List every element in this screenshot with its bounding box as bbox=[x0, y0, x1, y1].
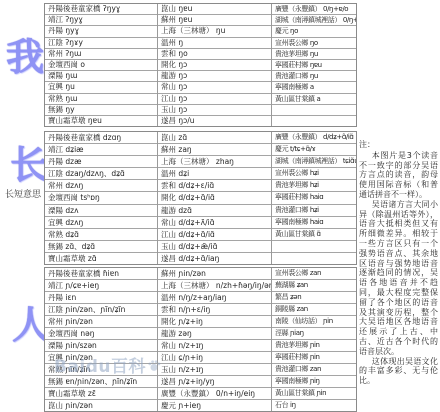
dialect-place: 貴池灌口鄉 bbox=[275, 206, 308, 214]
dialect-place: 上海（三林塘） bbox=[161, 281, 214, 290]
dialect-cell: 無錫 ŋy bbox=[45, 105, 157, 116]
dialect-place: 丹陽後巷童家橋 bbox=[48, 269, 101, 278]
dialect-cell: 銅陵縣 zan bbox=[272, 304, 356, 316]
dialect-cell: 寧國南極鄉 haiɑ bbox=[272, 217, 356, 229]
dialect-ipa: dzɑŋ bbox=[103, 133, 121, 142]
dialect-place: 玉山 bbox=[161, 242, 176, 251]
dialect-ipa: n/ŋ/z+aŋ/iaŋ bbox=[178, 293, 226, 302]
dialect-ipa: hʑi bbox=[310, 181, 319, 189]
dialect-place: 丹陽 bbox=[48, 26, 63, 35]
dialect-ipa: dzʌŋ bbox=[65, 181, 83, 190]
dialect-ipa: d/dʑ+ɑ̃/iaŋ bbox=[178, 254, 219, 263]
dialect-place: 江陰 bbox=[48, 38, 63, 47]
dialect-cell: 涇縣 ɲiaŋ bbox=[272, 328, 356, 340]
dialect-ipa: zan bbox=[310, 269, 321, 277]
dialect-cell: 靖江 dʑiæ bbox=[45, 144, 157, 156]
dialect-cell: 貴池茅坦鄉 hʑi bbox=[272, 180, 356, 192]
table-column: 宣州裘公鄉 zan蕪湖縣 ʑan繁昌 ʑən銅陵縣 zan南陵（仙坊話） ɲin… bbox=[272, 268, 356, 411]
dialect-place: 宜興 bbox=[48, 82, 63, 91]
dialect-ipa: ɲ/ʑ+iŋ/yŋ bbox=[178, 377, 214, 386]
dialect-cell: 黃山區甘棠鎮 ɲin bbox=[272, 388, 356, 400]
dialect-cell: 蕪湖縣 ʑan bbox=[272, 280, 356, 292]
dialect-cell: 宜興 ɲin/zən bbox=[45, 352, 157, 364]
dialect-place: 溧陽 bbox=[48, 71, 63, 80]
dialect-cell: 江陰 ʔŋɤy bbox=[45, 38, 157, 49]
dialect-cell: 雲和 n/ɲ+ɛ/iŋ bbox=[158, 304, 271, 316]
dialect-cell: 龍游 dzɑ̃ bbox=[158, 205, 271, 217]
dialect-cell: 寧國南極鄉 ɲiŋ bbox=[272, 376, 356, 388]
dialect-ipa: zɑ̃ bbox=[178, 133, 187, 142]
dialect-place: 宣州裘公鄉 bbox=[275, 169, 308, 177]
dialect-ipa: ŋɐu bbox=[178, 4, 192, 13]
dialect-ipa: zəŋ bbox=[178, 329, 191, 338]
dialect-cell: 寧國莊村鄉 haiɑ bbox=[272, 192, 356, 204]
dialect-place: 石台 bbox=[275, 401, 288, 409]
dialect-ipa: ɕ/ɲ+iŋ bbox=[178, 353, 203, 362]
dialect-place: 無錫 bbox=[48, 105, 63, 114]
dialect-place: 靖江 bbox=[48, 15, 63, 24]
dialect-ipa: ʑən bbox=[290, 293, 301, 301]
dialect-cell: 温州 n/ŋ/z+aŋ/iaŋ bbox=[158, 292, 271, 304]
dialect-cell: 寧國莊村鄉 ŋɐu bbox=[272, 60, 356, 71]
dialect-ipa: zhaŋ bbox=[216, 157, 234, 166]
dialect-cell: 遂昌 d/dʑ+ɑ̃/iaŋ bbox=[158, 253, 271, 264]
dialect-ipa: dʑiæ bbox=[65, 145, 83, 154]
dialect-cell: 常山 n/z+ɪŋ bbox=[158, 340, 271, 352]
dialect-cell: 常州 ʔŋɯ bbox=[45, 49, 157, 60]
dialect-place: 金壇西崗 bbox=[48, 60, 78, 69]
dialect-ipa: hʑi bbox=[310, 206, 319, 214]
dialect-ipa: d/dʑ+ɑ̃/iɑ̃ bbox=[178, 193, 214, 202]
dialect-cell: 丹陽 iɛn bbox=[45, 292, 157, 304]
dialect-cell: 貴池灌口鄉 zan bbox=[272, 364, 356, 376]
dialect-cell: 金壇西崗 nəŋ bbox=[45, 328, 157, 340]
dialect-place: 貴池茅坦鄉 bbox=[275, 181, 308, 189]
dialect-ipa: haiɑ bbox=[310, 218, 324, 226]
dialect-cell: 遂昌 ɲ/ʑ+iŋ/yŋ bbox=[158, 376, 271, 388]
dialect-place: 江山 bbox=[161, 230, 176, 239]
dialect-cell: 丹陽後巷童家橋 ʔŋyɣ bbox=[45, 4, 157, 15]
table-column: 丹陽後巷童家橋 dzɑŋ靖江 dʑiæ丹陽 dzæ江陰 dzaŋ/dzʌŋ、dʑ… bbox=[45, 132, 158, 264]
dialect-place: 上海（三林塘） bbox=[161, 157, 214, 166]
dialect-ipa: dzæ bbox=[65, 157, 81, 166]
dialect-cell: 慶元 t/tɕ+ɑ̃/ɤ bbox=[272, 144, 356, 156]
dialect-ipa: ɲin bbox=[316, 389, 326, 397]
dialect-cell: 雲和 ŋo bbox=[158, 49, 271, 60]
dialect-place: 玉山 bbox=[161, 365, 176, 374]
dialect-place: 黃山區甘棠鎮 bbox=[275, 389, 315, 397]
dialect-cell: 廣豐（永豐鎮） d/dʑ+ɑ̃/iɑ̃ bbox=[272, 132, 356, 144]
dialect-place: 遂昌 bbox=[161, 116, 176, 125]
dialect-cell: 江陰 ɲin/zən、ɲĩn/ʑĩn bbox=[45, 304, 157, 316]
dialect-cell: 貴池灌口鄉 ŋu bbox=[272, 71, 356, 82]
dialect-cell: 蘇州 ŋɐu bbox=[158, 15, 271, 26]
dialect-ipa: ɲ+ieŋ bbox=[178, 401, 201, 410]
dialect-place: 貴池灌口鄉 bbox=[275, 72, 308, 80]
dialect-ipa: ŋɔ bbox=[178, 60, 187, 69]
dialect-place: 蘇州 bbox=[161, 145, 176, 154]
dialect-ipa: dzʌŋ bbox=[65, 218, 83, 227]
dialect-cell: 寧國南極鄉 a bbox=[272, 82, 356, 93]
dialect-ipa: ɐn/ɲin/zən、ɲĩn/ʑĩn bbox=[65, 377, 137, 386]
dialect-place: 常州 bbox=[48, 317, 63, 326]
dialect-cell: 丹陽後巷童家橋 dzɑŋ bbox=[45, 132, 157, 144]
dialect-place: 常山 bbox=[161, 82, 176, 91]
dialect-ipa: zɑ̃、dʑɑ̃ bbox=[65, 242, 95, 251]
dialect-place: 常熟 bbox=[48, 230, 63, 239]
dialect-place: 崑山 bbox=[161, 4, 176, 13]
dialect-place: 常山 bbox=[161, 341, 176, 350]
dialect-ipa: dzaŋ/dzʌŋ、dʑɑ̃ bbox=[65, 169, 124, 178]
dialect-place: 遂昌 bbox=[161, 254, 176, 263]
dialect-cell: 常山 d/dʑ+ʌ̃/iɑ̃ bbox=[158, 217, 271, 229]
dialect-ipa: ŋ bbox=[178, 38, 183, 47]
dialect-ipa: o bbox=[80, 60, 85, 69]
dialect-place: 無錫 bbox=[48, 377, 63, 386]
dialect-ipa: ŋo bbox=[310, 39, 318, 47]
dialect-place: 南陵（仙坊話） bbox=[275, 317, 321, 325]
dialect-cell: 南陵（仙坊話） ɲin bbox=[272, 316, 356, 328]
dialect-ipa: tsʰɒŋ bbox=[80, 193, 99, 202]
dialect-place: 廣豐（永豐鎮） bbox=[275, 5, 321, 13]
dialect-ipa: ɲin bbox=[323, 317, 333, 325]
dialect-place: 靖江 bbox=[48, 281, 63, 290]
dialect-cell: 崑山 ŋɐu bbox=[158, 4, 271, 15]
dialect-cell: 上海（三林塘） n/zh+ɦəŋ/iŋ/əŋ bbox=[158, 280, 271, 292]
dialect-place: 温州 bbox=[161, 293, 176, 302]
dialect-place: 慶元 bbox=[161, 401, 176, 410]
dialect-place: 温州 bbox=[161, 38, 176, 47]
dialect-place: 雲和 bbox=[161, 49, 176, 58]
dialect-ipa: ŋy bbox=[65, 105, 74, 114]
dialect-place: 貴池茅坦鄉 bbox=[275, 341, 308, 349]
dialect-place: 丹陽後巷童家橋 bbox=[48, 133, 101, 142]
dialect-cell: 龍游 ŋɔ bbox=[158, 71, 271, 82]
dialect-cell: 宜興 ŋu bbox=[45, 82, 157, 93]
dialect-ipa: dzʌ bbox=[65, 206, 78, 215]
dialect-cell: 開化 d/dʑ+ɑ̃/iɑ̃ bbox=[158, 192, 271, 204]
dialect-ipa: haiɑ bbox=[310, 193, 324, 201]
dialect-ipa: ŋɯ bbox=[65, 71, 77, 80]
dialect-cell: 江山 ŋɔ bbox=[158, 94, 271, 105]
note-paragraph: 吴语诸方言大同小异（除温州话等外），语音大抵相类但又有所细微差异。相较于一些方言… bbox=[359, 200, 438, 357]
dialect-place: 丹陽 bbox=[48, 157, 63, 166]
dialect-cell: 遂昌 ŋɔ/u bbox=[158, 116, 271, 126]
dialect-cell: 開化 ŋɔ bbox=[158, 60, 271, 71]
dialect-ipa: d/dʑ+ɑ̃/iɑ̃ bbox=[178, 230, 214, 239]
dialect-ipa: zan bbox=[310, 365, 321, 373]
table-column: 丹陽後巷童家橋 ɦiɐn靖江 ɲ/ɕɐ+ieŋ丹陽 iɛn江陰 ɲin/zən、… bbox=[45, 268, 158, 411]
dialect-ipa: ŋu bbox=[216, 26, 226, 35]
dialect-cell: 石台 iŋ bbox=[272, 400, 356, 411]
table-column: 崑山 ŋɐu蘇州 ŋɐu上海（三林塘） ŋu温州 ŋ雲和 ŋo開化 ŋɔ龍游 ŋ… bbox=[158, 4, 272, 126]
dialect-ipa: ʔŋyɣ bbox=[65, 15, 83, 24]
dialect-place: 寧國南極鄉 bbox=[275, 83, 308, 91]
dialect-ipa: a bbox=[316, 95, 320, 103]
dialect-place: 湖城（南潯鎮城裡話） bbox=[275, 157, 341, 165]
dialect-place: 宜興 bbox=[48, 353, 63, 362]
dialect-cell bbox=[272, 253, 356, 264]
dialect-place: 金壇西崗 bbox=[48, 329, 78, 338]
dialect-cell: 貴池灌口鄉 hʑi bbox=[272, 205, 356, 217]
dialect-place: 遂昌 bbox=[161, 377, 176, 386]
dialect-ipa: ʔŋɤy bbox=[65, 38, 83, 47]
dialect-ipa: ɲin/zən bbox=[178, 269, 206, 278]
dialect-place: 宜興 bbox=[48, 218, 63, 227]
dialect-place: 崑山 bbox=[48, 401, 63, 410]
dialect-cell: 黃山區甘棠鎮 a bbox=[272, 94, 356, 105]
dialect-ipa: ŋɯ bbox=[65, 94, 77, 103]
dialect-cell: 丹陽後巷童家橋 ɦiɐn bbox=[45, 268, 157, 280]
table-column: 丹陽後巷童家橋 ʔŋyɣ靖江 ʔŋyɣ丹陽 ŋyɣ江陰 ʔŋɤy常州 ʔŋɯ金壇… bbox=[45, 4, 158, 126]
dialect-cell: 常熟 ŋɯ bbox=[45, 94, 157, 105]
dialect-cell: 丹陽 dzæ bbox=[45, 156, 157, 168]
dialect-ipa: ɲ/ʑ+iŋ bbox=[178, 317, 202, 326]
pronunciation-table-wo: 丹陽後巷童家橋 ʔŋyɣ靖江 ʔŋyɣ丹陽 ŋyɣ江陰 ʔŋɤy常州 ʔŋɯ金壇… bbox=[44, 3, 357, 127]
dialect-place: 宣州裘公鄉 bbox=[275, 39, 308, 47]
dialect-place: 江山 bbox=[161, 353, 176, 362]
dialect-cell: 貴池茅坦鄉 ŋu bbox=[272, 49, 356, 60]
dialect-place: 寧國莊村鄉 bbox=[275, 61, 308, 69]
dialect-place: 温州 bbox=[161, 169, 176, 178]
dialect-place: 寧國莊村鄉 bbox=[275, 353, 308, 361]
dialect-ipa: dzɑ̃ bbox=[178, 206, 191, 215]
dialect-cell: 玉山 d/dʑ+æ̃/iɑ̃ bbox=[158, 241, 271, 253]
note-paragraphs: 本图片是3个读音不一致字的部分吴语方言点的读音，韵母使用国际音标（和普通话拼音不… bbox=[359, 151, 438, 386]
dialect-ipa: d/dʑ+ʌ̃/iɑ̃ bbox=[178, 218, 214, 227]
dialect-place: 寧國南極鄉 bbox=[275, 377, 308, 385]
dialect-cell: 上海（三林塘） zhaŋ bbox=[158, 156, 271, 168]
dialect-cell: 寶山霜草墩 zɑ̃ bbox=[45, 253, 157, 264]
dialect-place: 宣州裘公鄉 bbox=[275, 269, 308, 277]
dialect-ipa: ŋɐu bbox=[88, 116, 102, 125]
dialect-ipa: ŋu bbox=[310, 50, 318, 58]
dialect-ipa: tɕiɑ̃u bbox=[343, 157, 356, 165]
dialect-ipa: ŋɔ bbox=[178, 82, 187, 91]
table-column: 崑山 zɑ̃蘇州 zaŋ上海（三林塘） zhaŋ温州 dʑi雲和 d/dʑ+ɛ/… bbox=[158, 132, 272, 264]
dialect-place: 慶元 bbox=[275, 27, 288, 35]
dialect-cell: 湖城（南潯鎮城裡話） tɕiɑ̃u bbox=[272, 156, 356, 168]
dialect-ipa: ŋɔ/u bbox=[178, 116, 194, 125]
dialect-cell: 湖城（南潯鎮城裡話） 0/ŋ+ɔ/ɯ bbox=[272, 15, 356, 26]
dialect-cell: 崑山 zɑ̃ bbox=[158, 132, 271, 144]
dialect-cell bbox=[272, 116, 356, 126]
dialect-ipa: ŋo bbox=[290, 27, 298, 35]
dialect-ipa: zan bbox=[297, 305, 308, 313]
dialect-ipa: ɲin bbox=[310, 353, 320, 361]
dialect-cell: 金壇西崗 o bbox=[45, 60, 157, 71]
dialect-ipa: a bbox=[310, 83, 314, 91]
dialect-ipa: ɑ̃ bbox=[316, 230, 320, 238]
dialect-cell: 宜興 dzʌŋ bbox=[45, 217, 157, 229]
dialect-place: 寶山霜草墩 bbox=[48, 116, 86, 125]
dialect-ipa: ŋyɣ bbox=[65, 26, 79, 35]
dialect-place: 常州 bbox=[48, 181, 63, 190]
dialect-place: 江陰 bbox=[48, 305, 63, 314]
dialect-ipa: ɲin/zən、ɲĩn/ʑĩn bbox=[65, 305, 125, 314]
dialect-place: 涇縣 bbox=[275, 329, 288, 337]
dialect-ipa: iŋ bbox=[290, 401, 296, 409]
dialect-place: 銅陵縣 bbox=[275, 305, 295, 313]
dialect-ipa: ɲin/zən bbox=[65, 401, 93, 410]
dialect-place: 上海（三林塘） bbox=[161, 26, 214, 35]
dialect-cell: 寧國莊村鄉 ɲin bbox=[272, 352, 356, 364]
dialect-place: 慶元 bbox=[275, 145, 288, 153]
dialect-place: 開化 bbox=[161, 193, 176, 202]
dialect-cell: 崑山 ɲin/zən bbox=[45, 400, 157, 411]
note-paragraph: 本图片是3个读音不一致字的部分吴语方言点的读音，韵母使用国际音标（和普通话拼音不… bbox=[359, 151, 438, 200]
dialect-cell: 寶山霜草墩 ŋɐu bbox=[45, 116, 157, 126]
dialect-ipa: ɲ/ɕɐ+ieŋ bbox=[65, 281, 99, 290]
dialect-place: 寧國南極鄉 bbox=[275, 218, 308, 226]
dialect-cell: 寶山霜草墩 zɛ̃ bbox=[45, 388, 157, 400]
dialect-place: 無錫 bbox=[48, 242, 63, 251]
dialect-ipa: ŋu bbox=[65, 82, 75, 91]
dialect-place: 蕪湖縣 bbox=[275, 281, 295, 289]
dialect-place: 江山 bbox=[161, 94, 176, 103]
dialect-ipa: ɦiɐn bbox=[103, 269, 119, 278]
table-column: 蘇州 ɲin/zən上海（三林塘） n/zh+ɦəŋ/iŋ/əŋ温州 n/ŋ/z… bbox=[158, 268, 272, 411]
dialect-place: 丹陽後巷童家橋 bbox=[48, 4, 101, 13]
dialect-cell: 雲和 d/dʑ+ɛ/iɑ̃ bbox=[158, 180, 271, 192]
dialect-place: 廣豐（永豐鎮） bbox=[161, 389, 214, 398]
dialect-cell: 江山 ɕ/ɲ+iŋ bbox=[158, 352, 271, 364]
dialect-ipa: ʔŋɯ bbox=[65, 49, 81, 58]
dialect-ipa: d/dʑ+ɑ̃/iɑ̃ bbox=[323, 133, 353, 141]
dialect-ipa: ŋɔ bbox=[178, 71, 187, 80]
dialect-place: 龍游 bbox=[161, 206, 176, 215]
dialect-ipa: nəŋ bbox=[80, 329, 94, 338]
dialect-place: 寧國莊村鄉 bbox=[275, 193, 308, 201]
dialect-place: 開化 bbox=[161, 317, 176, 326]
dialect-place: 雲和 bbox=[161, 181, 176, 190]
dialect-cell: 宣州裘公鄉 zan bbox=[272, 268, 356, 280]
dialect-cell bbox=[272, 105, 356, 116]
dialect-place: 常州 bbox=[48, 49, 63, 58]
dialect-ipa: n/z+ɪŋ bbox=[178, 341, 203, 350]
dialect-ipa: ɲiaŋ bbox=[290, 329, 304, 337]
dialect-cell: 慶元 ŋo bbox=[272, 26, 356, 37]
dialect-cell: 温州 ŋ bbox=[158, 38, 271, 49]
dialect-place: 黃山區甘棠鎮 bbox=[275, 230, 315, 238]
dialect-ipa: n/z+ɪŋ bbox=[178, 365, 203, 374]
dialect-ipa: ŋɔ bbox=[178, 94, 187, 103]
dialect-place: 貴池茅坦鄉 bbox=[275, 50, 308, 58]
dialect-place: 雲和 bbox=[161, 305, 176, 314]
dialect-ipa: d/dʑ+æ̃/iɑ̃ bbox=[178, 242, 217, 251]
dialect-place: 龍游 bbox=[161, 329, 176, 338]
pronunciation-table-chang: 丹陽後巷童家橋 dzɑŋ靖江 dʑiæ丹陽 dzæ江陰 dzaŋ/dzʌŋ、dʑ… bbox=[44, 131, 357, 265]
dialect-place: 貴池灌口鄉 bbox=[275, 365, 308, 373]
dialect-cell: 慶元 ɲ+ieŋ bbox=[158, 400, 271, 411]
dialect-cell: 黃山區甘棠鎮 ɑ̃ bbox=[272, 229, 356, 241]
dialect-place: 常山 bbox=[161, 218, 176, 227]
dialect-cell: 靖江 ɲ/ɕɐ+ieŋ bbox=[45, 280, 157, 292]
dialect-ipa: zɛ̃ bbox=[88, 389, 96, 398]
pronunciation-table-ren: 丹陽後巷童家橋 ɦiɐn靖江 ɲ/ɕɐ+ieŋ丹陽 iɛn江陰 ɲin/zən、… bbox=[44, 267, 357, 412]
dialect-cell: 貴池茅坦鄉 ɲin bbox=[272, 340, 356, 352]
dialect-ipa: dʑɑ̃ bbox=[65, 230, 78, 239]
dialect-cell: 金壇西崗 tsʰɒŋ bbox=[45, 192, 157, 204]
dialect-ipa: ɲiŋ bbox=[310, 377, 320, 385]
dialect-place: 蘇州 bbox=[161, 15, 176, 24]
dialect-cell: 常州 ɲin/zən bbox=[45, 316, 157, 328]
dialect-place: 溧陽 bbox=[48, 206, 63, 215]
dialect-ipa: dʑi bbox=[178, 169, 189, 178]
dialect-ipa: ʔŋyɣ bbox=[103, 4, 121, 13]
dialect-cell: 上海（三林塘） ŋu bbox=[158, 26, 271, 37]
dialect-ipa: ɲin bbox=[310, 341, 320, 349]
dialect-place: 常熟 bbox=[48, 94, 63, 103]
dialect-ipa: ɲin/zən bbox=[65, 317, 93, 326]
dialect-cell: 常州 dzʌŋ bbox=[45, 180, 157, 192]
dialect-ipa: ɲin/szən bbox=[65, 341, 96, 350]
dialect-cell: 温州 dʑi bbox=[158, 168, 271, 180]
dialect-cell: 無錫 ɐn/ɲin/zən、ɲĩn/ʑĩn bbox=[45, 376, 157, 388]
row-character-wo: 我 bbox=[6, 38, 44, 76]
dialect-place: 黃山區甘棠鎮 bbox=[275, 95, 315, 103]
dialect-ipa: iɛn bbox=[65, 293, 76, 302]
dialect-place: 蘇州 bbox=[161, 269, 176, 278]
dialect-cell: 開化 ɲ/ʑ+iŋ bbox=[158, 316, 271, 328]
dialect-cell: 常山 ŋɔ bbox=[158, 82, 271, 93]
dialect-cell: 常熟 dʑɑ̃ bbox=[45, 229, 157, 241]
dialect-cell: 溧陽 ɲin/szən bbox=[45, 340, 157, 352]
dialect-cell: 玉山 n/z+ɪŋ bbox=[158, 364, 271, 376]
dialect-cell: 溧陽 ŋɯ bbox=[45, 71, 157, 82]
dialect-place: 丹陽 bbox=[48, 293, 63, 302]
dialect-ipa: ŋu bbox=[310, 72, 318, 80]
dialect-cell: 無錫 zɑ̃、dʑɑ̃ bbox=[45, 241, 157, 253]
dialect-cell: 蘇州 ɲin/zən bbox=[158, 268, 271, 280]
dialect-ipa: ɲin/zən bbox=[65, 353, 93, 362]
dialect-cell: 廣豐（永豐鎮） 0/ŋ+ɐ/o bbox=[272, 4, 356, 15]
dialect-place: 金壇西崗 bbox=[48, 193, 78, 202]
dialect-cell: 玉山 ŋɔ bbox=[158, 105, 271, 116]
dialect-cell: 丹陽 ŋyɣ bbox=[45, 26, 157, 37]
dialect-place: 開化 bbox=[161, 60, 176, 69]
note-panel: 注： 本图片是3个读音不一致字的部分吴语方言点的读音，韵母使用国际音标（和普通话… bbox=[359, 140, 438, 386]
dialect-place: 寶山霜草墩 bbox=[48, 254, 86, 263]
dialect-ipa: ʑan bbox=[297, 281, 308, 289]
dialect-place: 廣豐（永豐鎮） bbox=[275, 133, 321, 141]
dialect-ipa: 0/ŋ+ɐ/o bbox=[323, 5, 348, 13]
dialect-cell: 宣州裘公鄉 ŋo bbox=[272, 38, 356, 49]
note-paragraph: 这体现出吴语文化的丰富多彩、无与伦比。 bbox=[359, 357, 438, 386]
row-character-chang: 长 bbox=[10, 146, 48, 184]
dialect-place: 繁昌 bbox=[275, 293, 288, 301]
note-heading: 注： bbox=[359, 140, 438, 150]
dialect-place: 寶山霜草墩 bbox=[48, 389, 86, 398]
dialect-place: 龍游 bbox=[161, 71, 176, 80]
dialect-ipa: ŋɐu bbox=[178, 15, 192, 24]
table-column: 廣豐（永豐鎮） d/dʑ+ɑ̃/iɑ̃慶元 t/tɕ+ɑ̃/ɤ湖城（南潯鎮城裡話… bbox=[272, 132, 356, 264]
dialect-ipa: 0/n+iŋ/eiŋ bbox=[216, 389, 255, 398]
table-column: 廣豐（永豐鎮） 0/ŋ+ɐ/o湖城（南潯鎮城裡話） 0/ŋ+ɔ/ɯ慶元 ŋo宣州… bbox=[272, 4, 356, 126]
dialect-cell bbox=[272, 241, 356, 253]
dialect-ipa: t/tɕ+ɑ̃/ɤ bbox=[290, 145, 315, 153]
dialect-place: 靖江 bbox=[48, 145, 63, 154]
dialect-cell: 宣州裘公鄉 hʑi bbox=[272, 168, 356, 180]
dialect-ipa: 0/ŋ+ɔ/ɯ bbox=[343, 16, 356, 24]
dialect-cell: 江陰 dzaŋ/dzʌŋ、dʑɑ̃ bbox=[45, 168, 157, 180]
dialect-cell: 繁昌 ʑən bbox=[272, 292, 356, 304]
dialect-place: 江陰 bbox=[48, 169, 63, 178]
dialect-cell: 靖江 ʔŋyɣ bbox=[45, 15, 157, 26]
dialect-cell: 蘇州 zaŋ bbox=[158, 144, 271, 156]
dialect-cell: 廣豐（永豐鎮） 0/n+iŋ/eiŋ bbox=[158, 388, 271, 400]
dialect-ipa: ŋo bbox=[178, 49, 187, 58]
